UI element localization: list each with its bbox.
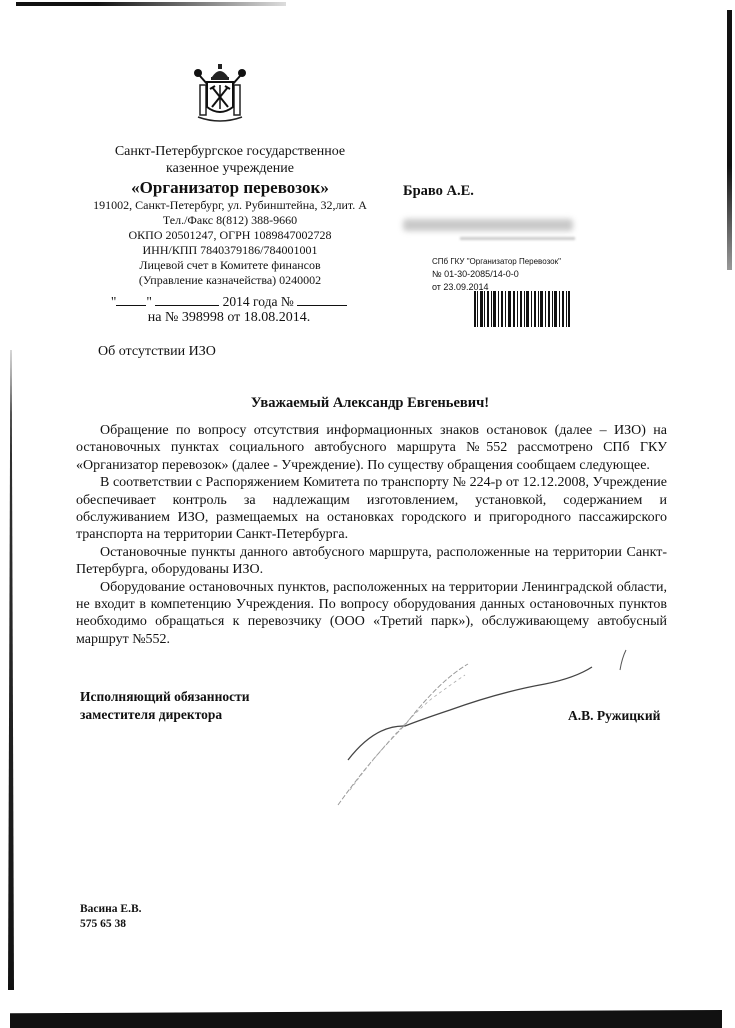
signatory-title: Исполняющий обязанности заместителя дире… (80, 688, 250, 724)
org-address: 191002, Санкт-Петербург, ул. Рубинштейна… (80, 198, 380, 213)
paragraph: В соответствии с Распоряжением Комитета … (76, 474, 667, 544)
stamp-number: № 01-30-2085/14-0-0 (432, 268, 561, 281)
outgoing-date-line: "" 2014 года № (94, 293, 364, 310)
registration-stamp: СПб ГКУ "Организатор Перевозок" № 01-30-… (432, 255, 561, 294)
number-blank (297, 293, 347, 306)
executor-info: Васина Е.В. 575 65 38 (80, 902, 142, 932)
org-phone: Тел./Факс 8(812) 388-9660 (80, 213, 380, 228)
org-inn-kpp: ИНН/КПП 7840379186/784001001 (80, 243, 380, 258)
day-blank (116, 293, 146, 306)
scan-edge-top (16, 2, 286, 6)
handwritten-signature-icon (330, 640, 660, 820)
salutation: Уважаемый Александр Евгеньевич! (70, 395, 670, 412)
letterhead: Санкт-Петербургское государственное казе… (80, 143, 380, 288)
barcode-icon (474, 291, 570, 327)
executor-name: Васина Е.В. (80, 902, 142, 917)
subject: Об отсутствии ИЗО (98, 344, 216, 360)
org-line-1: Санкт-Петербургское государственное (80, 143, 380, 160)
scan-edge-left (8, 350, 14, 990)
number-sign: № (281, 294, 294, 309)
stamp-org: СПб ГКУ "Организатор Перевозок" (432, 255, 561, 268)
scan-edge-bottom (10, 1010, 722, 1028)
signatory-title-line-2: заместителя директора (80, 706, 250, 724)
recipient-email-redacted (403, 219, 573, 231)
paragraph: Обращение по вопросу отсутствия информац… (76, 422, 667, 474)
paragraph: Остановочные пункты данного автобусного … (76, 544, 667, 579)
org-okpo-ogrn: ОКПО 20501247, ОГРН 1089847002728 (80, 228, 380, 243)
org-account-1: Лицевой счет в Комитете финансов (80, 258, 380, 273)
year-text: 2014 года (223, 294, 278, 309)
paragraph: Оборудование остановочных пунктов, распо… (76, 579, 667, 649)
coat-of-arms-icon (190, 63, 250, 127)
org-line-2: казенное учреждение (80, 160, 380, 177)
signatory-title-line-1: Исполняющий обязанности (80, 688, 250, 706)
reference-line: на № 398998 от 18.08.2014. (94, 310, 364, 326)
quote-close: " (146, 294, 152, 309)
redaction-residue (460, 237, 575, 240)
month-blank (155, 293, 219, 306)
org-account-2: (Управление казначейства) 0240002 (80, 273, 380, 288)
scan-edge-right (727, 10, 732, 270)
executor-phone: 575 65 38 (80, 917, 142, 932)
recipient-name: Браво А.Е. (403, 183, 474, 200)
org-name: «Организатор перевозок» (80, 177, 380, 198)
letter-body: Обращение по вопросу отсутствия информац… (76, 422, 667, 648)
signatory-name: А.В. Ружицкий (568, 708, 660, 724)
